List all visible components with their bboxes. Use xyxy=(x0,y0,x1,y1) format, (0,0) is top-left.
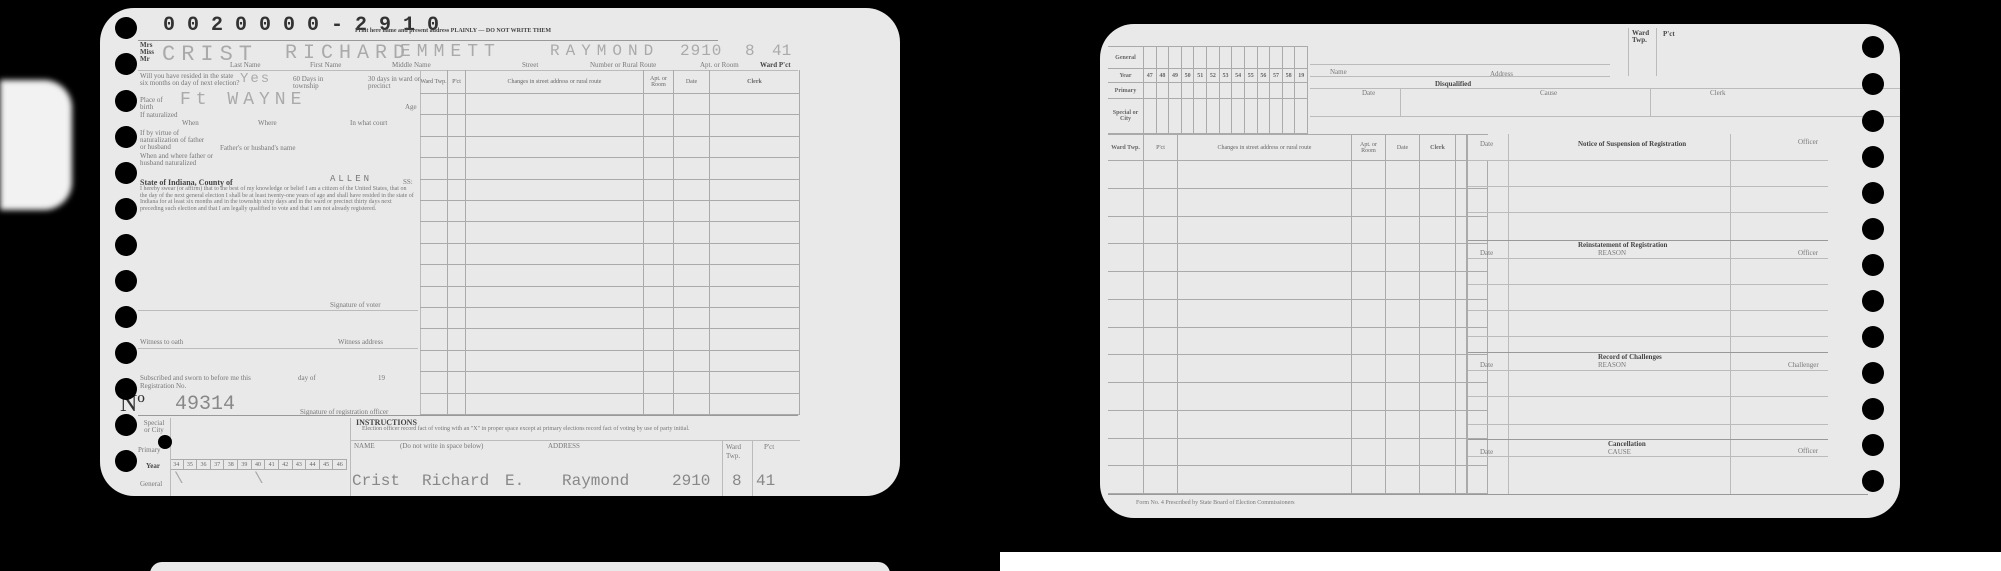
col-clerk: Clerk xyxy=(1420,135,1456,161)
punch-hole xyxy=(115,162,137,184)
suspension-officer: Officer xyxy=(1798,138,1818,146)
footer-ward-label: Ward Twp. xyxy=(726,443,746,461)
label-number: Number or Rural Route xyxy=(590,61,656,69)
table-cell xyxy=(1108,383,1144,411)
vote-cell xyxy=(1144,99,1157,134)
punch-hole xyxy=(115,306,137,328)
year-cell: 47 xyxy=(1144,69,1157,83)
table-cell xyxy=(710,308,800,329)
table-cell xyxy=(674,115,710,136)
table-cell xyxy=(644,115,674,136)
footer-do-not-write: (Do not write in space below) xyxy=(400,442,483,450)
table-cell xyxy=(1108,328,1144,356)
disqualified-date-label: Date xyxy=(1362,89,1375,97)
year-cell: 42 xyxy=(279,459,293,470)
township-label: 60 Days in township xyxy=(293,76,343,90)
table-cell xyxy=(466,265,644,286)
punch-hole xyxy=(1862,218,1884,240)
table-cell xyxy=(448,244,466,265)
punch-hole xyxy=(115,90,137,112)
punch-hole xyxy=(1862,362,1884,384)
table-cell xyxy=(420,222,448,243)
vote-cell xyxy=(1220,47,1233,69)
table-cell xyxy=(1352,439,1386,467)
vote-cell xyxy=(1258,83,1271,99)
table-cell xyxy=(1178,439,1352,467)
birth-label: Place of birth xyxy=(140,97,170,111)
year-cell: 55 xyxy=(1245,69,1258,83)
punch-hole xyxy=(1862,434,1884,456)
table-cell xyxy=(466,372,644,393)
table-cell xyxy=(1352,217,1386,245)
label-street: Street xyxy=(522,61,538,69)
table-cell xyxy=(466,287,644,308)
year-cell: 41 xyxy=(265,459,279,470)
table-cell xyxy=(466,222,644,243)
vote-cell xyxy=(1144,83,1157,99)
witness-address-label: Witness address xyxy=(338,338,383,346)
table-cell xyxy=(644,201,674,222)
vote-cell xyxy=(1194,99,1207,134)
reinstatement-officer: Officer xyxy=(1798,249,1818,257)
table-cell xyxy=(448,287,466,308)
oath-text: I hereby swear (or affirm) that to the b… xyxy=(140,186,415,212)
year-cell: 36 xyxy=(197,459,211,470)
year-cell: 44 xyxy=(306,459,320,470)
year-cell: 39 xyxy=(238,459,252,470)
vote-cell xyxy=(1220,99,1233,134)
table-cell xyxy=(1420,383,1456,411)
year-cell: 40 xyxy=(252,459,266,470)
vote-cell xyxy=(1295,83,1308,99)
table-cell xyxy=(1386,383,1420,411)
table-cell xyxy=(1108,355,1144,383)
vote-cell xyxy=(1169,83,1182,99)
residence-answer: Yes xyxy=(240,71,271,87)
vote-cell xyxy=(1283,83,1296,99)
cancellation-title: Cancellation xyxy=(1608,440,1646,448)
vote-cell xyxy=(1258,99,1271,134)
table-cell xyxy=(1178,466,1352,494)
vote-cell xyxy=(1207,99,1220,134)
table-cell xyxy=(1144,439,1178,467)
table-cell xyxy=(1386,244,1420,272)
table-cell xyxy=(674,180,710,201)
disqualified-label: Disqualified xyxy=(1435,80,1471,88)
vote-cell xyxy=(1169,99,1182,134)
table-cell xyxy=(710,94,800,115)
table-cell xyxy=(466,115,644,136)
table-cell xyxy=(674,94,710,115)
col-changes: Changes in street address or rural route xyxy=(466,70,644,94)
typed-pct: 41 xyxy=(756,472,775,490)
table-cell xyxy=(644,394,674,415)
vote-cell xyxy=(1245,99,1258,134)
year-cell: 35 xyxy=(184,459,198,470)
punch-hole xyxy=(1862,326,1884,348)
punch-hole xyxy=(1862,146,1884,168)
vote-cell xyxy=(1295,99,1308,134)
table-cell xyxy=(1352,189,1386,217)
table-cell xyxy=(1352,328,1386,356)
year-cell: 45 xyxy=(320,459,334,470)
table-cell xyxy=(466,137,644,158)
table-cell xyxy=(674,372,710,393)
table-cell xyxy=(420,372,448,393)
table-cell xyxy=(420,180,448,201)
table-cell xyxy=(644,180,674,201)
punch-hole xyxy=(115,450,137,472)
table-cell xyxy=(466,308,644,329)
year-cell: 50 xyxy=(1182,69,1195,83)
table-cell xyxy=(448,115,466,136)
table-cell xyxy=(1352,355,1386,383)
table-cell xyxy=(448,201,466,222)
punch-hole xyxy=(115,378,137,400)
table-cell xyxy=(710,394,800,415)
table-cell xyxy=(420,244,448,265)
table-cell xyxy=(1144,355,1178,383)
table-cell xyxy=(1386,328,1420,356)
col-apt: Apt. or Room xyxy=(644,70,674,94)
year-cell: 58 xyxy=(1283,69,1296,83)
table-cell xyxy=(466,244,644,265)
col-pct: P'ct xyxy=(1144,135,1178,161)
name-label: Name xyxy=(1330,68,1347,76)
label-last-name: Last Name xyxy=(230,61,261,69)
table-cell xyxy=(1178,383,1352,411)
vote-cell xyxy=(1207,83,1220,99)
where-label: Where xyxy=(258,119,277,127)
table-cell xyxy=(674,201,710,222)
table-cell xyxy=(1144,272,1178,300)
vote-cell xyxy=(1232,83,1245,99)
table-cell xyxy=(1386,439,1420,467)
address-changes-table: Ward Twp. P'ct Changes in street address… xyxy=(420,70,800,415)
table-cell xyxy=(710,180,800,201)
label-apt: Apt. or Room xyxy=(700,61,739,69)
table-cell xyxy=(674,265,710,286)
punch-hole-small xyxy=(158,435,172,449)
table-cell xyxy=(1386,161,1420,189)
table-cell xyxy=(1108,439,1144,467)
vote-cell xyxy=(1182,47,1195,69)
vote-cell xyxy=(1157,83,1170,99)
col-changes: Changes in street address or rural route xyxy=(1178,135,1352,161)
vote-cell xyxy=(1157,47,1170,69)
table-cell xyxy=(1108,217,1144,245)
table-cell xyxy=(448,158,466,179)
ss-label: SS: xyxy=(403,178,413,186)
cancellation-officer: Officer xyxy=(1798,447,1818,455)
table-cell xyxy=(466,158,644,179)
table-cell xyxy=(466,201,644,222)
table-cell xyxy=(448,351,466,372)
handwritten-ward: 8 xyxy=(745,42,761,60)
table-cell xyxy=(710,222,800,243)
row-year: Year xyxy=(146,462,160,470)
vote-cell xyxy=(1295,47,1308,69)
registration-number: 49314 xyxy=(175,393,235,416)
punch-hole xyxy=(115,234,137,256)
table-cell xyxy=(1108,411,1144,439)
handwritten-number: 2910 xyxy=(680,42,722,60)
father-label: Father's or husband's name xyxy=(220,144,295,152)
challenges-challenger: Challenger xyxy=(1788,361,1819,369)
table-cell xyxy=(1386,300,1420,328)
year-cell: 43 xyxy=(293,459,307,470)
table-cell xyxy=(1386,411,1420,439)
table-cell xyxy=(674,329,710,350)
table-cell xyxy=(674,137,710,158)
handwritten-pct: 41 xyxy=(772,42,791,60)
table-cell xyxy=(674,222,710,243)
punch-hole xyxy=(115,198,137,220)
year-cell: 57 xyxy=(1270,69,1283,83)
vote-cell xyxy=(1245,47,1258,69)
col-ward: Ward Twp. xyxy=(1108,135,1144,161)
table-cell xyxy=(710,287,800,308)
witness-oath-label: Witness to oath xyxy=(140,338,183,346)
table-cell xyxy=(1386,189,1420,217)
punch-hole xyxy=(1862,470,1884,492)
table-cell xyxy=(1144,383,1178,411)
table-cell xyxy=(1178,272,1352,300)
year-cell: 34 xyxy=(170,459,184,470)
vote-cell xyxy=(1169,47,1182,69)
table-cell xyxy=(1420,300,1456,328)
table-cell xyxy=(1178,355,1352,383)
year-cell: 53 xyxy=(1220,69,1233,83)
table-cell xyxy=(448,180,466,201)
table-cell xyxy=(1420,328,1456,356)
reinstatement-reason: REASON xyxy=(1598,249,1626,257)
vote-cell xyxy=(1283,99,1296,134)
challenges-title: Record of Challenges xyxy=(1598,353,1662,361)
table-cell xyxy=(448,394,466,415)
typed-last-name: Crist xyxy=(352,472,400,490)
table-cell xyxy=(1144,411,1178,439)
table-cell xyxy=(448,222,466,243)
next-card-edge xyxy=(150,562,890,571)
table-cell xyxy=(1108,189,1144,217)
table-cell xyxy=(420,201,448,222)
registration-card-back: GeneralYear47484950515253545556575819Pri… xyxy=(1100,24,1900,518)
table-cell xyxy=(420,265,448,286)
vote-cell xyxy=(1182,83,1195,99)
punch-hole xyxy=(115,414,137,436)
table-cell xyxy=(674,158,710,179)
row-general: General xyxy=(140,480,162,488)
punch-hole xyxy=(1862,398,1884,420)
year-cell: 54 xyxy=(1232,69,1245,83)
table-cell xyxy=(420,158,448,179)
table-cell xyxy=(674,287,710,308)
year-prefix: 19 xyxy=(378,374,385,382)
table-cell xyxy=(1420,244,1456,272)
typed-initial: E. xyxy=(505,472,524,490)
suspension-date: Date xyxy=(1480,140,1493,148)
subscribed-label: Subscribed and sworn to before me this xyxy=(140,374,251,382)
punch-hole xyxy=(115,53,137,75)
voting-row-label: Special or City xyxy=(1108,99,1144,134)
vote-cell xyxy=(1194,83,1207,99)
blank-region xyxy=(1000,552,2001,571)
disqualified-clerk-label: Clerk xyxy=(1710,89,1726,97)
cancellation-date: Date xyxy=(1480,448,1493,456)
voting-row-label: Primary xyxy=(1108,83,1144,99)
table-cell xyxy=(1178,328,1352,356)
form-footer: Form No. 4 Prescribed by State Board of … xyxy=(1136,500,1295,506)
table-cell xyxy=(1352,466,1386,494)
table-cell xyxy=(644,137,674,158)
table-cell xyxy=(1420,161,1456,189)
virtue-label: If by virtue of naturalization of father… xyxy=(140,130,210,151)
table-cell xyxy=(1178,244,1352,272)
vote-cell xyxy=(1270,47,1283,69)
table-cell xyxy=(1108,300,1144,328)
address-label: Address xyxy=(1490,70,1513,78)
table-cell xyxy=(644,265,674,286)
table-cell xyxy=(710,244,800,265)
year-cell: 49 xyxy=(1169,69,1182,83)
vote-cell xyxy=(1270,83,1283,99)
when-label: When xyxy=(182,119,199,127)
table-cell xyxy=(420,94,448,115)
table-cell xyxy=(1420,217,1456,245)
table-cell xyxy=(1178,411,1352,439)
year-cell: 52 xyxy=(1207,69,1220,83)
table-cell xyxy=(1352,244,1386,272)
handwritten-middle-name: EMMETT xyxy=(400,42,501,62)
table-cell xyxy=(466,351,644,372)
table-cell xyxy=(644,329,674,350)
table-cell xyxy=(448,372,466,393)
table-cell xyxy=(644,158,674,179)
row-primary: Primary xyxy=(138,446,161,454)
vote-cell xyxy=(1245,83,1258,99)
table-cell xyxy=(644,308,674,329)
table-cell xyxy=(420,394,448,415)
table-cell xyxy=(1108,161,1144,189)
table-cell xyxy=(1352,411,1386,439)
row-special: Special or City xyxy=(142,420,166,434)
punch-hole xyxy=(115,17,137,39)
table-cell xyxy=(674,394,710,415)
table-cell xyxy=(644,287,674,308)
table-cell xyxy=(1352,161,1386,189)
table-cell xyxy=(1386,355,1420,383)
typed-first-name: Richard xyxy=(422,472,489,490)
table-cell xyxy=(448,265,466,286)
table-cell xyxy=(1144,217,1178,245)
cause-label: Cause xyxy=(1540,89,1557,97)
reinstatement-title: Reinstatement of Registration xyxy=(1578,241,1667,249)
table-cell xyxy=(1420,272,1456,300)
vote-cell xyxy=(1258,47,1271,69)
table-cell xyxy=(1352,272,1386,300)
punch-hole xyxy=(1862,254,1884,276)
status-sections: Date Notice of Suspension of Registratio… xyxy=(1466,134,1866,494)
table-cell xyxy=(420,115,448,136)
table-cell xyxy=(448,329,466,350)
vote-cell xyxy=(1157,99,1170,134)
punch-hole xyxy=(1862,73,1884,95)
table-cell xyxy=(1108,244,1144,272)
table-cell xyxy=(1420,439,1456,467)
table-cell xyxy=(710,137,800,158)
punch-hole xyxy=(1862,290,1884,312)
instructions-text: Election officer record fact of voting w… xyxy=(362,426,777,433)
table-cell xyxy=(710,201,800,222)
table-cell xyxy=(644,222,674,243)
challenges-reason: REASON xyxy=(1598,361,1626,369)
table-cell xyxy=(1144,300,1178,328)
voting-record-grid: GeneralYear47484950515253545556575819Pri… xyxy=(1108,46,1308,134)
registration-no-label: Registration No. xyxy=(140,382,186,390)
vote-cell xyxy=(1283,47,1296,69)
title-prefix: MrsMissMr xyxy=(140,42,154,63)
punch-hole xyxy=(115,342,137,364)
handwritten-street: RAYMOND xyxy=(550,42,659,60)
year-cell: 48 xyxy=(1157,69,1170,83)
age-label: Age xyxy=(405,103,417,111)
table-cell xyxy=(420,329,448,350)
table-cell xyxy=(1108,272,1144,300)
year-row-left: 34353637383940414243444546 xyxy=(170,459,347,470)
overexposed-edge xyxy=(0,80,72,210)
registration-card-front: 0020000-2910 Print here name and present… xyxy=(100,8,900,496)
footer-address-label: ADDRESS xyxy=(548,442,580,450)
punch-hole xyxy=(115,270,137,292)
vote-cell xyxy=(1207,47,1220,69)
vote-cell xyxy=(1144,47,1157,69)
table-cell xyxy=(710,351,800,372)
table-cell xyxy=(448,137,466,158)
cancellation-cause: CAUSE xyxy=(1608,448,1631,456)
col-date: Date xyxy=(674,70,710,94)
typed-street: Raymond xyxy=(562,472,629,490)
reinstatement-date: Date xyxy=(1480,249,1493,257)
suspension-title: Notice of Suspension of Registration xyxy=(1578,140,1686,148)
table-cell xyxy=(710,372,800,393)
table-cell xyxy=(420,351,448,372)
year-cell: 19 xyxy=(1295,69,1308,83)
table-cell xyxy=(466,94,644,115)
table-cell xyxy=(420,287,448,308)
vote-cell xyxy=(1232,47,1245,69)
residence-question: Will you have resided in the state six m… xyxy=(140,73,240,87)
label-ward-pct: Ward P'ct xyxy=(760,61,791,69)
ward-label: Ward Twp. xyxy=(1632,30,1654,44)
table-cell xyxy=(1420,411,1456,439)
table-cell xyxy=(644,372,674,393)
county-value: ALLEN xyxy=(330,174,372,184)
table-cell xyxy=(674,244,710,265)
year-cell: 38 xyxy=(224,459,238,470)
table-cell xyxy=(1352,300,1386,328)
table-cell xyxy=(1386,272,1420,300)
footer-name-label: NAME xyxy=(354,442,375,450)
table-cell xyxy=(710,115,800,136)
table-cell xyxy=(1144,161,1178,189)
vote-cell xyxy=(1270,99,1283,134)
footer-pct-label: P'ct xyxy=(764,443,774,451)
table-cell xyxy=(710,329,800,350)
table-cell xyxy=(644,94,674,115)
table-cell xyxy=(1144,189,1178,217)
col-apt: Apt. or Room xyxy=(1352,135,1386,161)
